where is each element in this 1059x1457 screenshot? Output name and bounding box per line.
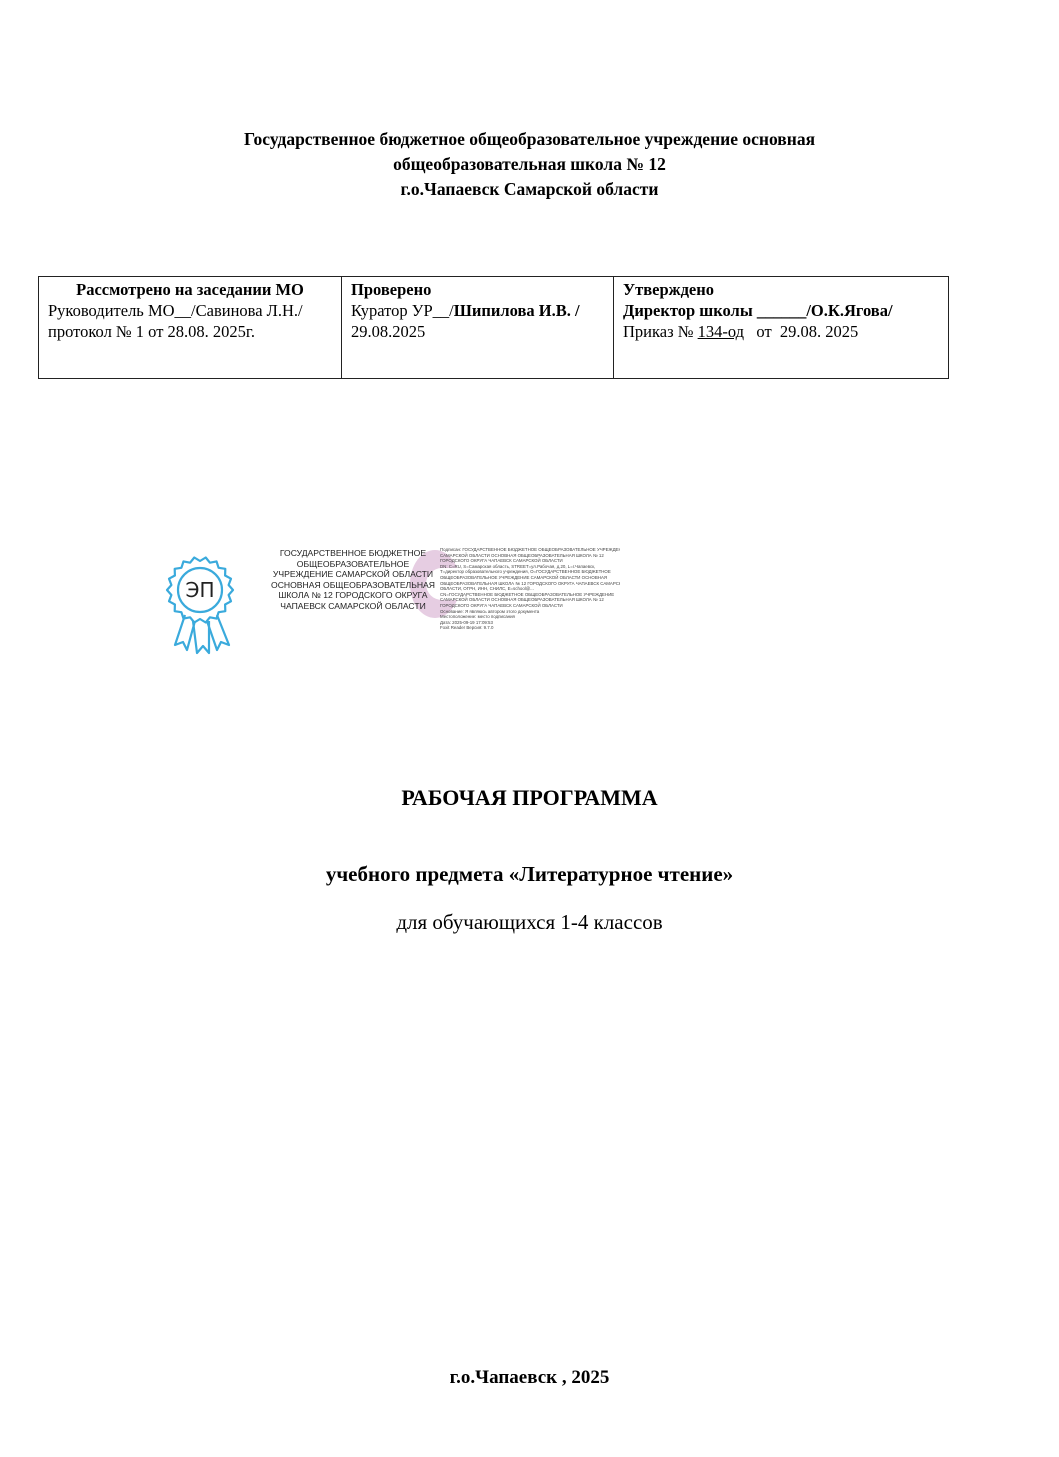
approved-director: Директор школы ______/О.К.Ягова/ [623, 300, 939, 321]
reviewed-head: Руководитель МО__/Савинова Л.Н./ [48, 300, 332, 321]
order-label: Приказ № [623, 322, 698, 341]
signature-detail-line: Foxit Reader Версия: 9.7.0 [440, 625, 620, 631]
order-date: от 29.08. 2025 [744, 322, 858, 341]
header-line-3: г.о.Чапаевск Самарской области [0, 177, 1059, 202]
school-header: Государственное бюджетное общеобразовате… [0, 127, 1059, 202]
curator-label: Куратор УР__/ [351, 301, 454, 320]
reviewed-protocol: протокол № 1 от 28.08. 2025г. [48, 321, 332, 342]
signer-organization: ГОСУДАРСТВЕННОЕ БЮДЖЕТНОЕ ОБЩЕОБРАЗОВАТЕ… [268, 548, 438, 612]
document-title: РАБОЧАЯ ПРОГРАММА [0, 785, 1059, 811]
curator-name: Шипилова И.В. / [454, 301, 580, 320]
approved-title: Утверждено [623, 279, 939, 300]
reviewed-cell: Рассмотрено на заседании МО Руководитель… [39, 277, 342, 379]
reviewed-title: Рассмотрено на заседании МО [48, 279, 332, 300]
approval-table: Рассмотрено на заседании МО Руководитель… [38, 276, 949, 379]
checked-date: 29.08.2025 [351, 321, 604, 342]
checked-curator: Куратор УР__/Шипилова И.В. / [351, 300, 604, 321]
e-signature-seal-icon: ЭП [163, 545, 245, 657]
approved-order: Приказ № 134-од от 29.08. 2025 [623, 321, 939, 342]
header-line-2: общеобразовательная школа № 12 [0, 152, 1059, 177]
electronic-signature-stamp: ЭП ГОСУДАРСТВЕННОЕ БЮДЖЕТНОЕ ОБЩЕОБРАЗОВ… [163, 545, 623, 660]
signature-detail-line: ОБЩЕОБРАЗОВАТЕЛЬНОЕ УЧРЕЖДЕНИЕ САМАРСКОЙ… [440, 575, 620, 581]
seal-label: ЭП [185, 578, 214, 602]
order-number: 134-од [698, 322, 744, 341]
document-subject: учебного предмета «Литературное чтение» [0, 862, 1059, 887]
signature-detail-line: Подписан: ГОСУДАРСТВЕННОЕ БЮДЖЕТНОЕ ОБЩЕ… [440, 547, 620, 553]
approved-cell: Утверждено Директор школы ______/О.К.Яго… [614, 277, 949, 379]
checked-cell: Проверено Куратор УР__/Шипилова И.В. / 2… [342, 277, 614, 379]
signature-details: Подписан: ГОСУДАРСТВЕННОЕ БЮДЖЕТНОЕ ОБЩЕ… [440, 547, 620, 631]
checked-title: Проверено [351, 279, 604, 300]
document-audience: для обучающихся 1-4 классов [0, 910, 1059, 935]
document-footer: г.о.Чапаевск , 2025 [0, 1367, 1059, 1389]
header-line-1: Государственное бюджетное общеобразовате… [0, 127, 1059, 152]
